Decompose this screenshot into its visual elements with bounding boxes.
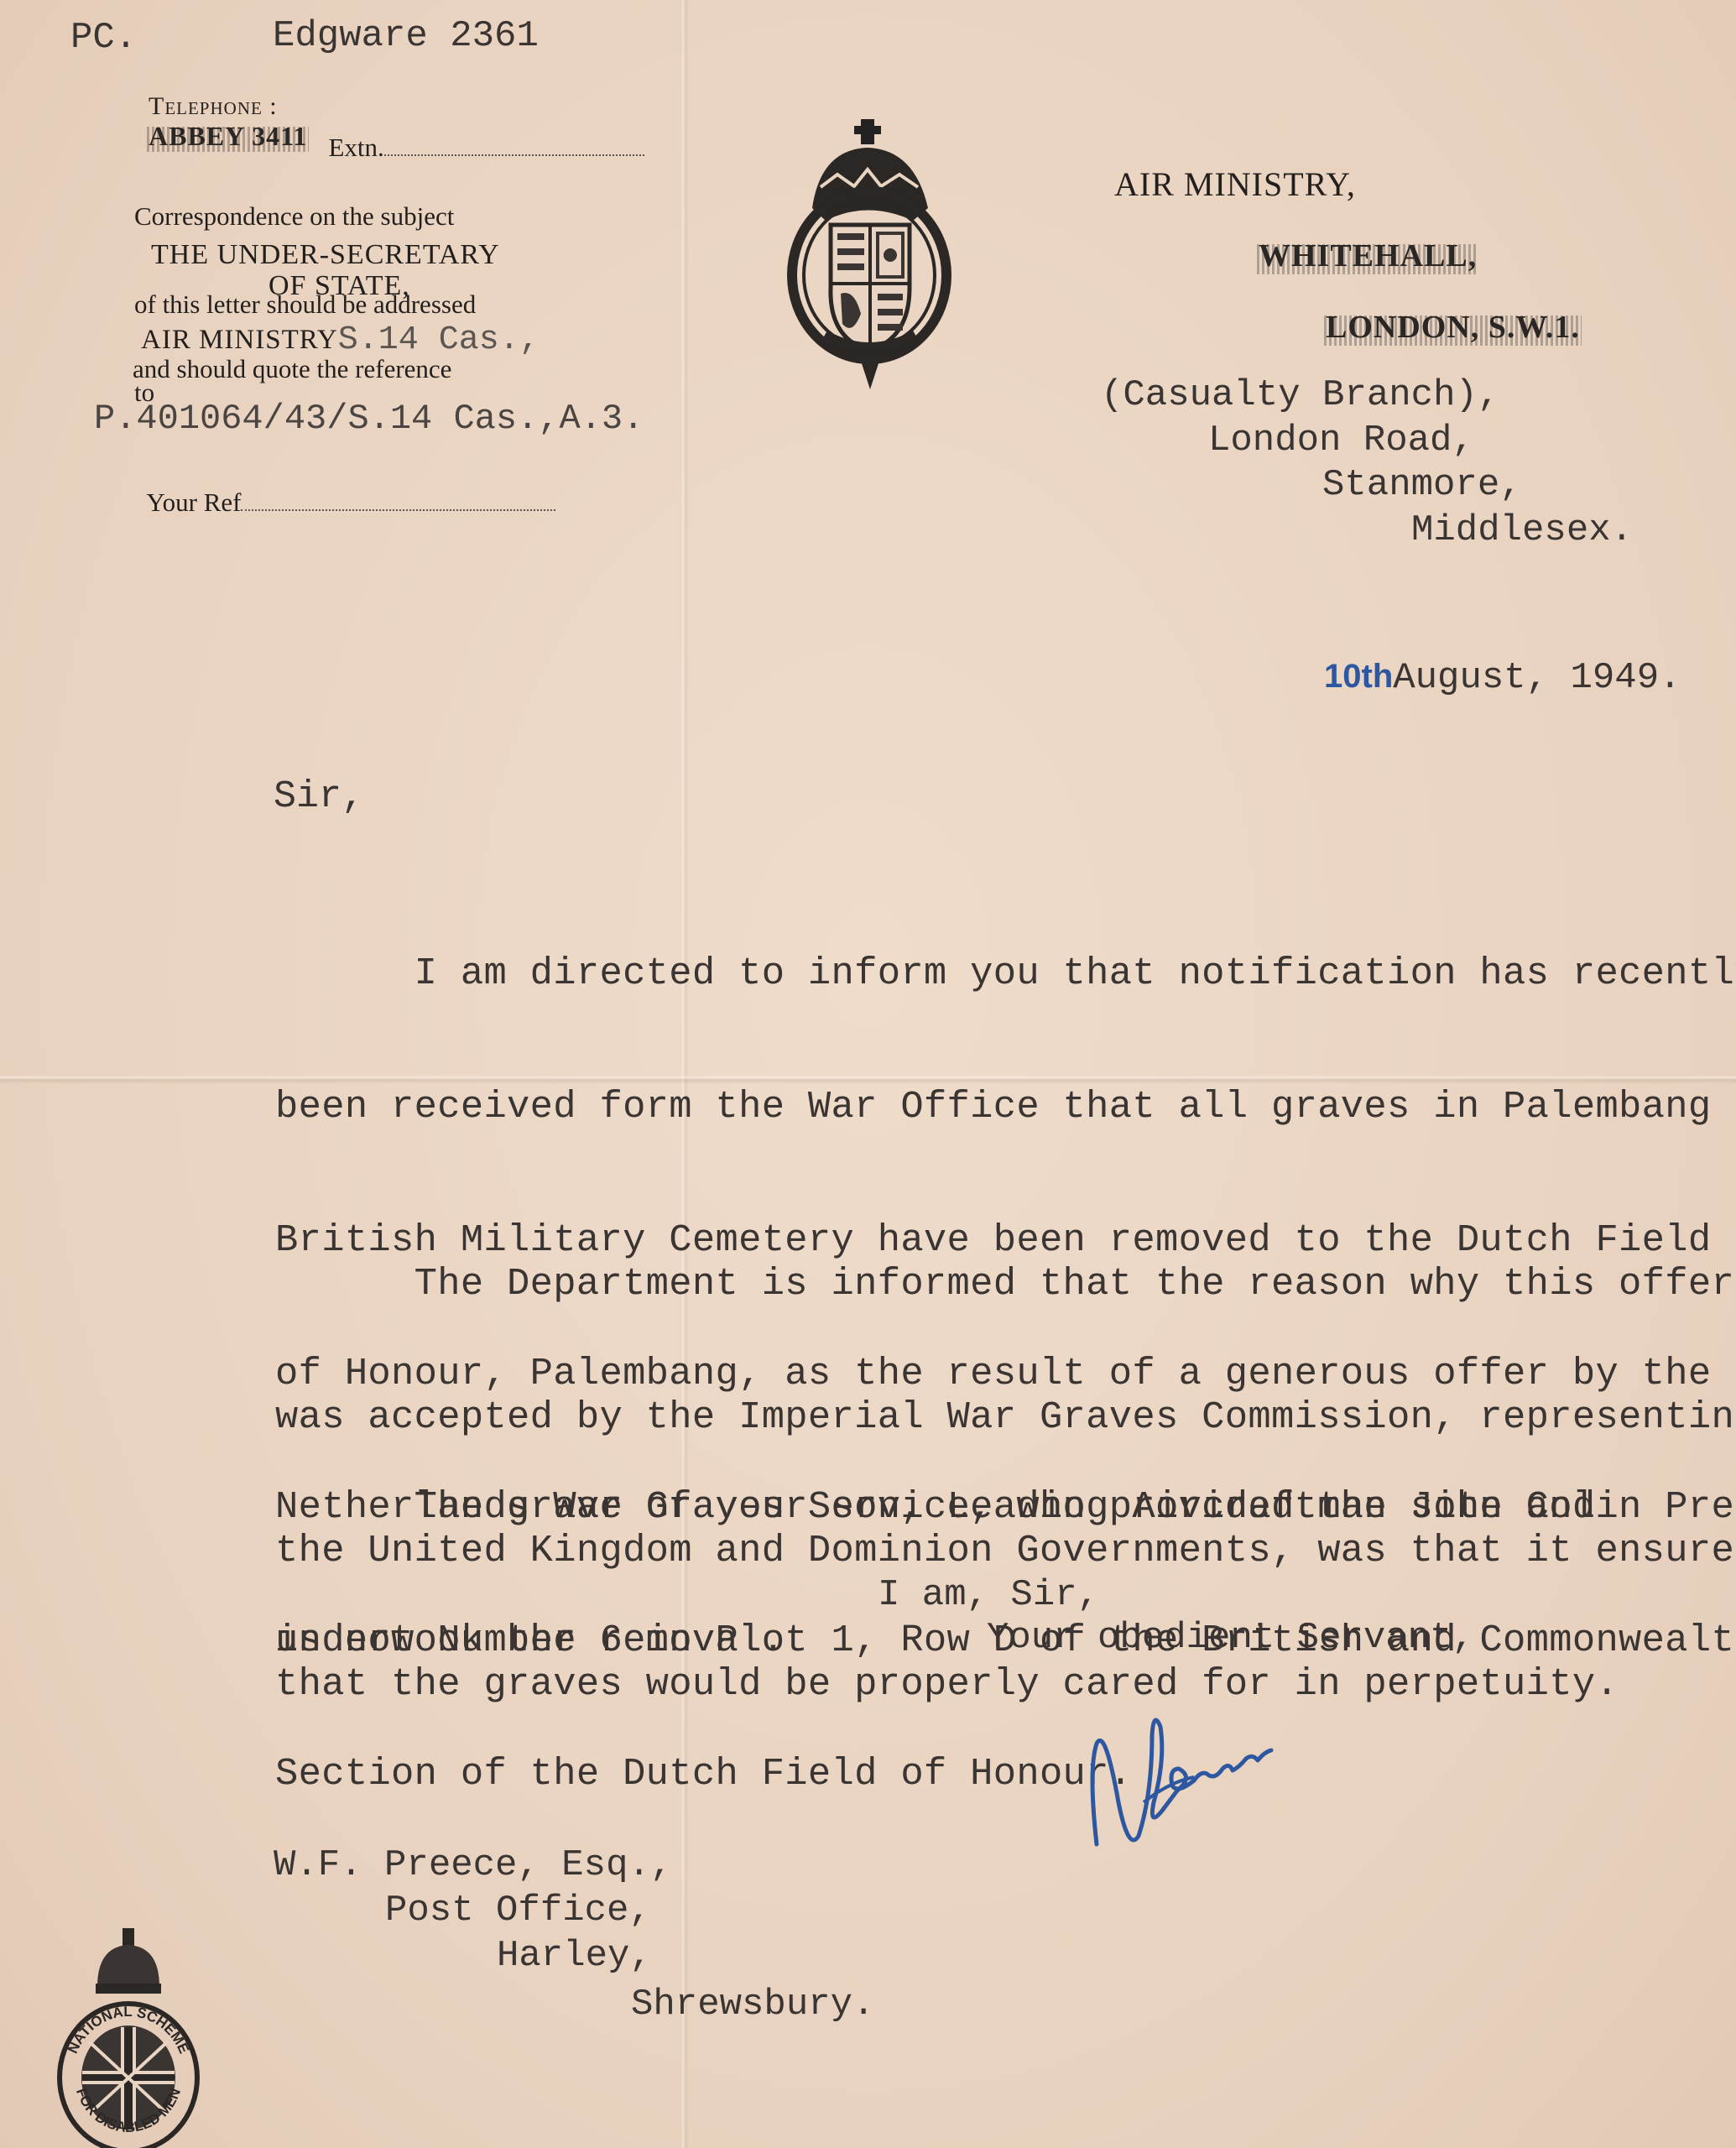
sender-line-county: Middlesex. — [1411, 509, 1633, 551]
closing-line-1: I am, Sir, — [878, 1574, 1099, 1616]
sender-line-casualty-branch: (Casualty Branch), — [1101, 374, 1499, 416]
paragraph-line: The grave of your son, Leading Aircraftm… — [275, 1485, 1736, 1530]
date-month-year: August, 1949. — [1393, 657, 1681, 699]
recipient-name: W.F. Preece, Esq., — [274, 1844, 672, 1886]
your-ref-field: Your Ref — [134, 457, 555, 518]
paragraph-line: been received form the War Office that a… — [275, 1085, 1736, 1129]
national-scheme-badge-icon: NATIONAL SCHEME FOR DISABLED MEN — [49, 1913, 200, 2140]
addressee-title-1: THE UNDER-SECRETARY — [151, 239, 500, 271]
paragraph-line: Section of the Dutch Field of Honour. — [275, 1752, 1736, 1796]
correspondence-note-line: Correspondence on the subject — [134, 201, 476, 231]
paragraph-line: I am directed to inform you that notific… — [275, 951, 1736, 996]
ministry-line: AIR MINISTRYS.14 Cas., — [134, 306, 540, 359]
sender-line-road: London Road, — [1208, 420, 1474, 461]
closing-line-2: Your obedient Servant, — [987, 1617, 1474, 1659]
pc-mark: PC. — [70, 17, 137, 59]
recipient-line: Shrewsbury. — [631, 1984, 874, 2025]
recipient-line: Post Office, — [385, 1890, 651, 1932]
telephone-label: Telephone : ABBEY 3411 — [136, 64, 307, 152]
addressee-title-2: OF STATE, — [268, 270, 410, 302]
ministry-label: AIR MINISTRY — [141, 325, 338, 355]
your-ref-label: Your Ref — [146, 487, 241, 517]
struck-text: LONDON, S.W.1. — [1326, 309, 1580, 346]
telephone-typed: Edgware 2361 — [273, 15, 539, 57]
salutation: Sir, — [274, 775, 364, 818]
handwritten-signature-icon — [1078, 1695, 1330, 1842]
letter-date: 10thAugust, 1949. — [1317, 642, 1681, 699]
sender-struck-line-2: LONDON, S.W.1. — [1326, 309, 1580, 346]
telephone-label-text: Telephone : — [149, 92, 278, 120]
recipient-line: Harley, — [497, 1935, 652, 1977]
sender-line-town: Stanmore, — [1322, 464, 1522, 506]
paragraph-line: The Department is informed that the reas… — [275, 1262, 1736, 1306]
sender-struck-line-1: WHITEHALL, — [1259, 237, 1477, 274]
royal-coat-of-arms-icon — [780, 101, 948, 378]
sender-org: AIR MINISTRY, — [1114, 164, 1356, 204]
reference-number: P.401064/43/S.14 Cas.,A.3. — [94, 399, 644, 439]
struck-text: WHITEHALL, — [1259, 237, 1477, 274]
your-ref-dotted-line — [241, 491, 555, 511]
date-day-handwritten: 10th — [1324, 658, 1393, 695]
quote-note: and should quote the reference — [133, 354, 451, 384]
